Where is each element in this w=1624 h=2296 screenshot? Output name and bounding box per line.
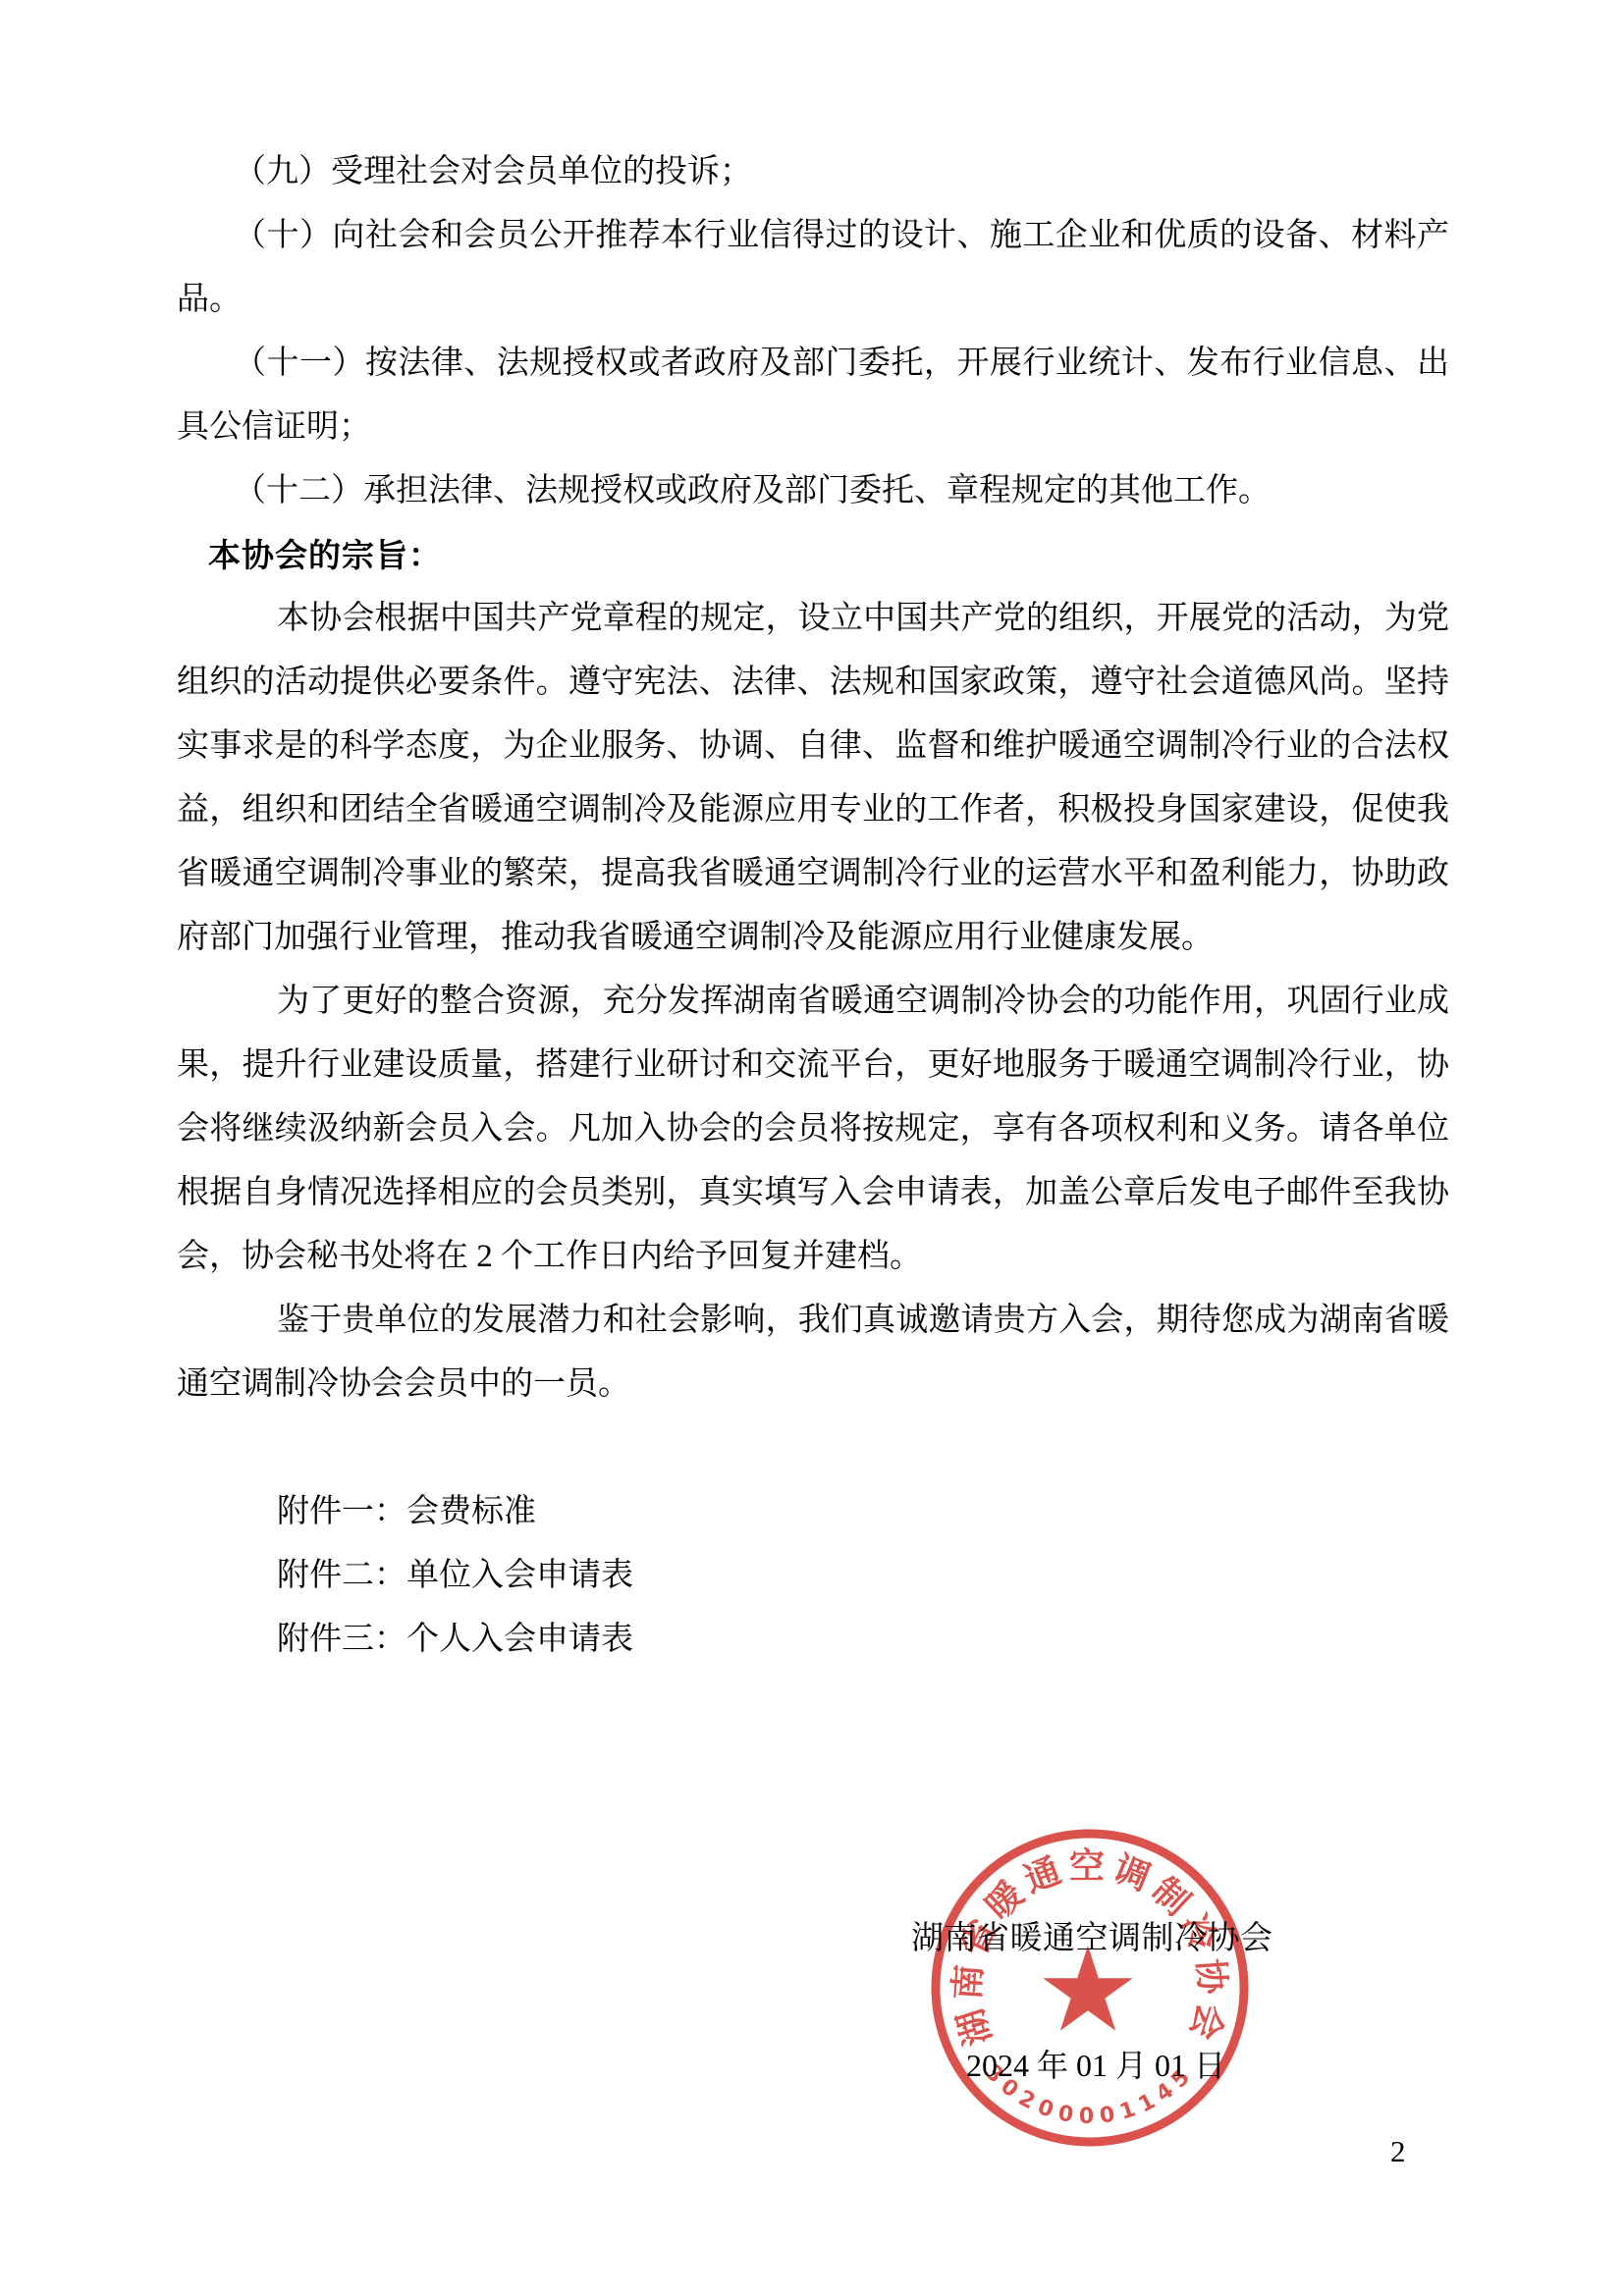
text-line: 为了更好的整合资源，充分发挥湖南省暖通空调制冷协会的功能作用，巩固行业成 [177, 970, 1449, 1034]
blank-line [177, 1416, 1449, 1480]
attachment-line: 附件一：会费标准 [177, 1480, 1449, 1544]
attachment-line: 附件二：单位入会申请表 [177, 1544, 1449, 1608]
signature-date: 2024 年 01 月 01 日 [966, 2046, 1225, 2085]
text-line: 益，组织和团结全省暖通空调制冷及能源应用专业的工作者，积极投身国家建设，促使我 [177, 778, 1449, 842]
text-line: 品。 [177, 268, 1449, 332]
section-heading: 本协会的宗旨： [177, 523, 1449, 587]
page-number: 2 [1390, 2134, 1406, 2169]
text-line: 具公信证明； [177, 396, 1449, 459]
document-page: （九）受理社会对会员单位的投诉； （十）向社会和会员公开推荐本行业信得过的设计、… [0, 0, 1624, 2296]
signature-org-name: 湖南省暖通空调制冷协会 [911, 1919, 1273, 1958]
star-icon [1043, 1946, 1132, 2031]
text-line: 实事求是的科学态度，为企业服务、协调、自律、监督和维护暖通空调制冷行业的合法权 [177, 715, 1449, 778]
text-line: 会将继续汲纳新会员入会。凡加入协会的会员将按规定，享有各项权利和义务。请各单位 [177, 1097, 1449, 1161]
text-line: （十一）按法律、法规授权或者政府及部门委托，开展行业统计、发布行业信息、出 [177, 332, 1449, 396]
text-line: 会，协会秘书处将在 2 个工作日内给予回复并建档。 [177, 1225, 1449, 1289]
text-line: 府部门加强行业管理，推动我省暖通空调制冷及能源应用行业健康发展。 [177, 906, 1449, 970]
official-seal-stamp: 湖南省暖通空调制冷协会 4302000011458 [913, 1811, 1267, 2164]
text-line: 省暖通空调制冷事业的繁荣，提高我省暖通空调制冷行业的运营水平和盈利能力，协助政 [177, 842, 1449, 906]
text-line: 本协会根据中国共产党章程的规定，设立中国共产党的组织，开展党的活动，为党 [177, 587, 1449, 651]
text-line: 果，提升行业建设质量，搭建行业研讨和交流平台，更好地服务于暖通空调制冷行业，协 [177, 1034, 1449, 1097]
text-line: （十二）承担法律、法规授权或政府及部门委托、章程规定的其他工作。 [177, 459, 1449, 523]
text-line: 根据自身情况选择相应的会员类别，真实填写入会申请表，加盖公章后发电子邮件至我协 [177, 1161, 1449, 1225]
document-body: （九）受理社会对会员单位的投诉； （十）向社会和会员公开推荐本行业信得过的设计、… [177, 140, 1449, 1672]
attachment-line: 附件三：个人入会申请表 [177, 1608, 1449, 1672]
text-line: 鉴于贵单位的发展潜力和社会影响，我们真诚邀请贵方入会，期待您成为湖南省暖 [177, 1289, 1449, 1353]
text-line: 组织的活动提供必要条件。遵守宪法、法律、法规和国家政策，遵守社会道德风尚。坚持 [177, 651, 1449, 715]
text-line: 通空调制冷协会会员中的一员。 [177, 1353, 1449, 1416]
text-line: （九）受理社会对会员单位的投诉； [177, 140, 1449, 204]
text-line: （十）向社会和会员公开推荐本行业信得过的设计、施工企业和优质的设备、材料产 [177, 204, 1449, 268]
